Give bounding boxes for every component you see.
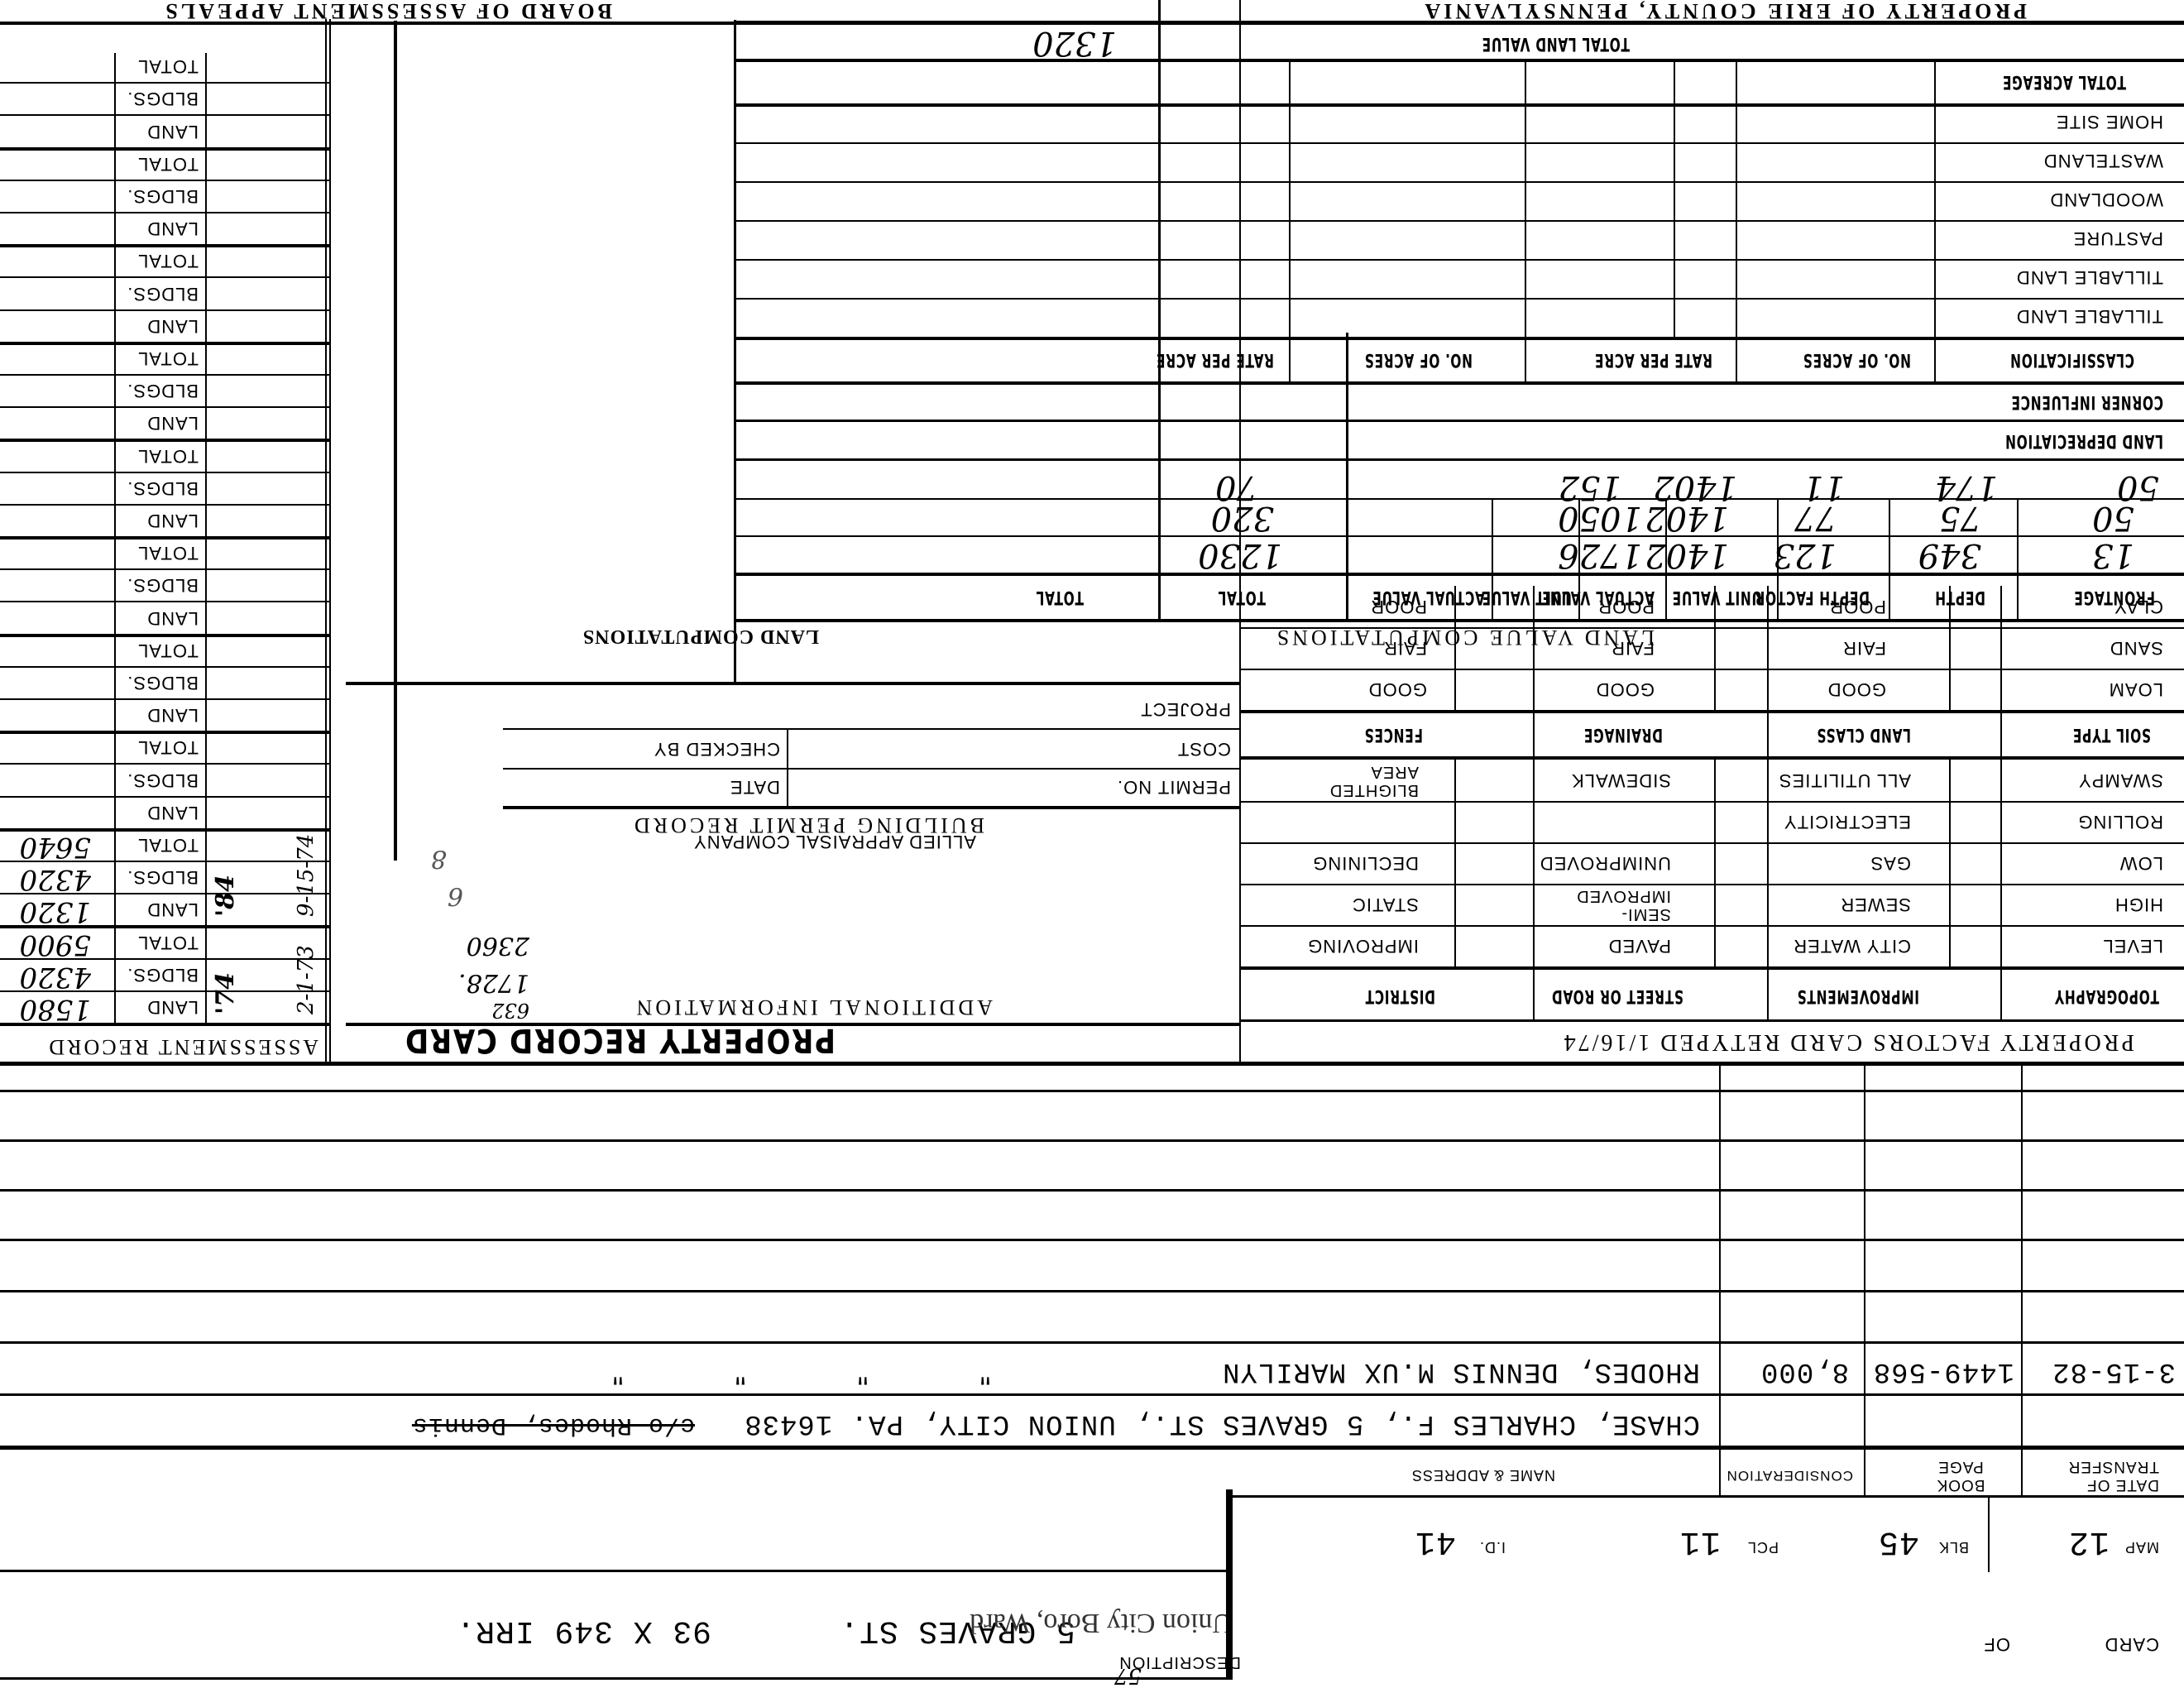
cost-label: COST — [1177, 738, 1231, 760]
acreage-row: TILLABLE LAND — [736, 259, 2184, 298]
divider — [1492, 498, 1493, 619]
header-no-of-acres: NO. OF ACRES — [1803, 349, 1911, 370]
checked-by-label: CHECKED BY — [654, 738, 780, 760]
assessment-label: BLDGS. — [127, 770, 199, 791]
soil-option[interactable]: SAND — [2110, 637, 2163, 659]
soil-option[interactable]: GOOD — [1596, 679, 1655, 700]
assessment-label: BLDGS. — [127, 380, 199, 401]
header-land-class: LAND CLASS — [1817, 724, 1911, 745]
factors-header: TOPOGRAPHY IMPROVEMENTS STREET OR ROAD D… — [1241, 970, 2184, 1019]
divider — [0, 1341, 2184, 1344]
assessment-label: TOTAL — [137, 250, 199, 271]
assessment-block: LAND1320BLDGS.4320TOTAL5640'849-15-74 — [0, 832, 331, 929]
assessment-block: LANDBLDGS.TOTAL — [0, 637, 331, 735]
header-consideration: CONSIDERATION — [1727, 1467, 1853, 1484]
assessment-value: 5640 — [19, 831, 91, 864]
divider — [346, 1023, 1239, 1026]
assessment-row: LAND1580 — [0, 990, 331, 1023]
assessment-row: BLDGS. — [0, 374, 331, 406]
divider — [734, 20, 736, 682]
header-district: DISTRICT — [1365, 985, 1435, 1006]
divider — [205, 345, 207, 439]
id-row: MAP 12 BLK 45 PCL 11 I.D. 41 — [1233, 1498, 2184, 1572]
assessment-row: TOTAL — [0, 439, 331, 471]
divider — [1578, 498, 1580, 619]
factor-option[interactable]: LEVEL — [2103, 935, 2164, 957]
divider — [1226, 1489, 1233, 1680]
factor-option[interactable]: ELECTRICITY — [1784, 811, 1911, 832]
pcl-label: PCL — [1747, 1538, 1779, 1556]
factor-row: HIGH SEWER SEMI-IMPROVED STATIC — [1241, 884, 2184, 925]
assessment-block: LANDBLDGS.TOTAL — [0, 734, 331, 832]
assessment-row: BLDGS. — [0, 472, 331, 504]
assessment-row: BLDGS. — [0, 276, 331, 309]
divider — [205, 832, 207, 926]
divider — [1736, 340, 1737, 381]
soil-option[interactable]: LOAM — [2109, 679, 2163, 700]
divider — [114, 734, 116, 828]
divider — [1525, 340, 1526, 381]
divider — [1949, 760, 1951, 966]
factor-option[interactable]: ROLLING — [2077, 811, 2163, 832]
divider — [736, 420, 2184, 422]
description-dimensions: 93 X 349 IRR. — [456, 1613, 711, 1648]
factor-option[interactable]: LOW — [2119, 852, 2163, 874]
soil-option[interactable]: GOOD — [1368, 679, 1427, 700]
header-depth: DEPTH — [1935, 587, 1985, 607]
divider — [205, 151, 207, 245]
acreage-class: WOODLAND — [2049, 189, 2163, 210]
divider — [0, 1393, 2184, 1396]
assessment-label: TOTAL — [137, 348, 199, 369]
depth-factor-value: 123 — [1774, 536, 1837, 574]
assessment-row: LAND — [0, 406, 331, 439]
header-depth-factor: DEPTH FACTOR — [1755, 587, 1870, 607]
factor-option[interactable]: SEWER — [1840, 894, 1911, 915]
factor-option[interactable]: ALL UTILITIES — [1779, 770, 1911, 791]
note-value: 6 — [448, 881, 463, 910]
divider — [205, 637, 207, 731]
factor-row: ROLLING ELECTRICITY — [1241, 801, 2184, 842]
acreage-class: PASTURE — [2073, 228, 2163, 249]
divider — [787, 728, 788, 809]
assessment-label: TOTAL — [137, 932, 199, 953]
divider — [0, 1446, 2184, 1450]
assessment-row: TOTAL — [0, 50, 331, 82]
blk-label: BLK — [1938, 1538, 1969, 1556]
assessment-date: 2-1-73 — [294, 945, 318, 1014]
factor-option[interactable]: SWAMPY — [2078, 770, 2163, 791]
assessment-label: TOTAL — [137, 153, 199, 175]
note-value: 8 — [431, 844, 447, 873]
transfer-header: DATE OF TRANSFER BOOK PAGE CONSIDERATION… — [1233, 1450, 2184, 1495]
divider — [1864, 1062, 1865, 1450]
divider — [1777, 498, 1779, 619]
frontage-value: 50 — [2117, 468, 2159, 506]
assessment-value: 4320 — [19, 863, 91, 896]
acreage-class: WASTELAND — [2043, 150, 2163, 171]
factor-row: LOW GAS UNIMPROVED DECLINING — [1241, 842, 2184, 884]
divider — [2017, 498, 2019, 619]
soil-option[interactable]: FAIR — [1842, 637, 1886, 659]
divider — [1988, 1498, 1990, 1572]
property-record-card: CARD OF DESCRIPTION 5 GRAVES ST. 93 X 34… — [0, 0, 2184, 1688]
divider — [2021, 1450, 2023, 1495]
assessment-label: LAND — [146, 704, 199, 726]
assessment-value: 4320 — [19, 961, 91, 994]
assessment-row: BLDGS.4320 — [0, 861, 331, 893]
assessment-label: LAND — [146, 802, 199, 823]
assessment-row: TOTAL — [0, 244, 331, 276]
assessment-row: LAND — [0, 114, 331, 146]
appraiser-name: ALLIED APPRAISAL COMPANY — [693, 831, 976, 852]
transfer-consideration: 8,000 — [1760, 1355, 1849, 1387]
actual-value: 152 — [1559, 468, 1621, 506]
header-book-page: BOOK PAGE — [1928, 1457, 1994, 1494]
header-unit-value-2: UNIT VALUE — [1482, 587, 1572, 607]
assessment-value: 5900 — [19, 928, 91, 961]
divider — [1533, 713, 1535, 756]
divider — [114, 345, 116, 439]
acreage-class: TILLABLE LAND — [2016, 305, 2163, 327]
land-value-header: FRONTAGE DEPTH DEPTH FACTOR UNIT VALUE A… — [736, 576, 2184, 619]
assessment-row: LAND — [0, 796, 331, 828]
assessment-block: LANDBLDGS.TOTAL — [0, 53, 331, 151]
divider — [1719, 1450, 1721, 1495]
divider — [1719, 1062, 1721, 1450]
divider — [0, 1570, 1233, 1572]
header-total: TOTAL — [1218, 587, 1266, 607]
divider — [114, 832, 116, 926]
header-topography: TOPOGRAPHY — [2054, 985, 2159, 1006]
header-improvements: IMPROVEMENTS — [1797, 985, 1919, 1006]
assessment-label: LAND — [146, 218, 199, 239]
assessment-row: LAND1320 — [0, 893, 331, 925]
assessment-value: 1320 — [19, 895, 91, 928]
assessment-label: LAND — [146, 121, 199, 142]
factor-option[interactable]: SEMI-IMPROVED — [1580, 887, 1671, 923]
factors-header-2: SOIL TYPE LAND CLASS DRAINAGE FENCES — [1241, 713, 2184, 756]
factor-option[interactable]: BLIGHTED AREA — [1328, 763, 1419, 799]
land-depreciation-label: LAND DEPRECIATION — [2004, 430, 2163, 451]
divider — [1289, 62, 1291, 337]
assessment-label: TOTAL — [137, 542, 199, 563]
header-rate-per-acre-2: RATE PER ACRE — [1156, 349, 1274, 370]
assessment-row: LAND — [0, 212, 331, 244]
divider — [503, 728, 1239, 730]
assessment-label: LAND — [146, 510, 199, 531]
divider — [0, 1189, 2184, 1192]
transfer-row: CHASE, CHARLES F., 5 GRAVES ST., UNION C… — [0, 1396, 2184, 1446]
divider — [0, 1090, 2184, 1092]
total-acreage-label: TOTAL ACREAGE — [2002, 71, 2126, 92]
divider — [1934, 62, 1936, 337]
divider — [0, 1239, 2184, 1241]
divider — [205, 734, 207, 828]
assessment-label: TOTAL — [137, 55, 199, 77]
divider — [114, 151, 116, 245]
depth-value: 174 — [1935, 468, 1998, 506]
divider — [114, 928, 116, 1023]
assessment-grid: LAND1580BLDGS.4320TOTAL5900'742-1-73LAND… — [0, 53, 331, 1026]
divider — [1674, 62, 1675, 337]
assessment-label: TOTAL — [137, 445, 199, 467]
divider — [2021, 1062, 2023, 1450]
soil-row: LOAM GOOD GOOD GOOD — [1241, 669, 2184, 710]
header-total-2: TOTAL — [1036, 587, 1084, 607]
divider — [114, 247, 116, 342]
assessment-label: TOTAL — [137, 736, 199, 758]
divider — [1767, 713, 1769, 756]
factors-grid: LEVEL CITY WATER PAVED IMPROVING HIGH SE… — [1241, 760, 2184, 966]
factor-option[interactable]: UNIMPROVED — [1540, 852, 1671, 874]
assessment-block: LANDBLDGS.TOTAL — [0, 539, 331, 637]
transfer-book-page: 1449-568 — [1873, 1355, 2014, 1387]
header-name-address: NAME & ADDRESS — [1411, 1466, 1555, 1484]
depth-factor-value: 11 — [1803, 468, 1845, 506]
divider — [1454, 760, 1456, 966]
map-value: 12 — [2068, 1523, 2110, 1560]
acreage-class: HOME SITE — [2056, 111, 2163, 132]
acreage-header: CLASSIFICATION NO. OF ACRES RATE PER ACR… — [736, 340, 2184, 381]
total-value: 70 — [1215, 468, 1257, 506]
permit-date-label: DATE — [730, 776, 780, 798]
divider — [0, 1290, 2184, 1292]
factor-option[interactable]: STATIC — [1352, 894, 1419, 915]
total-value: 1230 — [1198, 536, 1282, 574]
header-drainage: DRAINAGE — [1583, 724, 1663, 745]
assessment-row: BLDGS. — [0, 568, 331, 601]
permit-no-label: PERMIT NO. — [1117, 776, 1231, 798]
acreage-row: HOME SITE — [736, 103, 2184, 142]
assessment-row: TOTAL — [0, 536, 331, 568]
assessment-label: LAND — [146, 315, 199, 337]
header-no-of-acres-2: NO. OF ACRES — [1364, 349, 1473, 370]
divider — [1533, 760, 1535, 1019]
assessment-block: LANDBLDGS.TOTAL — [0, 442, 331, 539]
assessment-label: LAND — [146, 996, 199, 1018]
assessment-block: LANDBLDGS.TOTAL — [0, 247, 331, 345]
land-value-row: 13 349 123 1402 1726 1230 — [736, 535, 2184, 573]
header-date-of-transfer: DATE OF TRANSFER — [2035, 1457, 2159, 1494]
header-actual-value-2: ACTUAL VALUE — [1372, 587, 1485, 607]
assessment-label: BLDGS. — [127, 283, 199, 305]
assessment-row: BLDGS.4320 — [0, 958, 331, 990]
assessment-label: LAND — [146, 412, 199, 434]
assessment-block: LAND1580BLDGS.4320TOTAL5900'742-1-73 — [0, 928, 331, 1026]
assessment-block: LANDBLDGS.TOTAL — [0, 151, 331, 248]
divider — [1767, 760, 1769, 1019]
assessment-row: TOTAL5900 — [0, 925, 331, 957]
assessment-row: BLDGS. — [0, 763, 331, 795]
soil-option[interactable]: GOOD — [1827, 679, 1886, 700]
additional-info-title: ADDITIONAL INFORMATION — [634, 995, 993, 1019]
board-title: BOARD OF ASSESSMENT APPEALS — [162, 0, 612, 23]
assessment-value: 1580 — [19, 993, 91, 1026]
assessment-year: '84 — [211, 875, 240, 917]
divider — [1241, 1019, 2184, 1022]
divider — [346, 682, 1239, 685]
land-value-row: 50 174 11 1402 152 70 — [736, 461, 2184, 498]
assessment-label: LAND — [146, 899, 199, 920]
header-classification: CLASSIFICATION — [2009, 349, 2134, 370]
assessment-date: 9-15-74 — [294, 834, 318, 917]
acreage-row: WOODLAND — [736, 181, 2184, 220]
assessment-label: LAND — [146, 607, 199, 629]
divider — [2000, 760, 2002, 1019]
assessment-row: BLDGS. — [0, 82, 331, 114]
assessment-row: LAND — [0, 504, 331, 536]
header-street-road: STREET OR ROAD — [1551, 985, 1683, 1006]
total-land-value-label: TOTAL LAND VALUE — [1482, 33, 1630, 54]
project-label: PROJECT — [1140, 698, 1231, 720]
divider — [1289, 340, 1291, 381]
land-computations-title: LAND COMPUTATIONS — [582, 625, 819, 647]
header-soil-type: SOIL TYPE — [2072, 724, 2151, 745]
divider — [205, 247, 207, 342]
land-value-title: LAND VALUE COMPUTATIONS — [1274, 625, 1655, 650]
divider — [1714, 760, 1716, 966]
assessment-label: TOTAL — [137, 640, 199, 661]
header-rate-per-acre: RATE PER ACRE — [1594, 349, 1712, 370]
assessment-label: BLDGS. — [127, 88, 199, 109]
card-label: CARD — [2105, 1633, 2159, 1655]
transfer-date: 3-15-82 — [2052, 1355, 2176, 1387]
divider — [503, 806, 1239, 809]
assessment-block: LANDBLDGS.TOTAL — [0, 345, 331, 443]
municipality-stamp: Union City Boro, Ward — [970, 1607, 1233, 1638]
divider — [1934, 340, 1936, 381]
divider — [2000, 713, 2002, 756]
divider — [114, 53, 116, 147]
divider — [736, 619, 2184, 622]
transfer-note: c/o Rhodes, Dennis — [412, 1411, 695, 1439]
assessment-year: '74 — [211, 972, 240, 1014]
header-frontage: FRONTAGE — [2074, 587, 2155, 607]
divider — [394, 21, 397, 861]
assessment-row: LAND — [0, 309, 331, 342]
acreage-row: WASTELAND — [736, 142, 2184, 181]
divider — [1736, 62, 1737, 337]
divider — [114, 442, 116, 536]
divider — [1864, 1450, 1865, 1495]
map-label: MAP — [2124, 1538, 2159, 1556]
divider — [0, 1677, 1233, 1680]
divider — [1889, 498, 1890, 619]
assessment-row: TOTAL — [0, 147, 331, 180]
factor-option[interactable]: SIDEWALK — [1571, 770, 1671, 791]
unit-value: 1402 — [1645, 536, 1729, 574]
assessment-row: TOTAL — [0, 731, 331, 763]
divider — [1665, 498, 1667, 619]
actual-value: 1726 — [1558, 536, 1642, 574]
divider — [205, 539, 207, 634]
divider — [114, 637, 116, 731]
divider — [1233, 1495, 2184, 1498]
acreage-grid: TILLABLE LAND TILLABLE LAND PASTURE WOOD… — [736, 64, 2184, 337]
divider — [736, 458, 2184, 461]
id-label: I.D. — [1479, 1538, 1506, 1556]
header-unit-value: UNIT VALUE — [1672, 587, 1762, 607]
divider — [1525, 62, 1526, 337]
divider — [0, 1062, 2184, 1066]
assessment-row: TOTAL5640 — [0, 828, 331, 861]
factor-option[interactable]: IMPROVING — [1307, 935, 1419, 957]
note-value: 632 — [491, 999, 529, 1022]
divider — [1241, 710, 2184, 713]
county-title: PROPERTY OF ERIE COUNTY, PENNSYLVANIA — [1422, 0, 2027, 23]
note-value: 2360 — [467, 931, 529, 960]
assessment-label: BLDGS. — [127, 866, 199, 888]
assessment-label: BLDGS. — [127, 477, 199, 499]
building-permit-table: PERMIT NO. DATE COST CHECKED BY PROJECT — [503, 685, 1239, 809]
factor-option[interactable]: GAS — [1870, 852, 1911, 874]
of-label: OF — [1983, 1633, 2010, 1655]
factor-option[interactable]: PAVED — [1608, 935, 1671, 957]
transfer-name: CHASE, CHARLES F., 5 GRAVES ST., UNION C… — [744, 1407, 1700, 1439]
acreage-row: TILLABLE LAND — [736, 298, 2184, 337]
acreage-row: TOTAL ACREAGE — [736, 62, 2184, 103]
divider — [205, 442, 207, 536]
card-title: PROPERTY RECORD CARD — [404, 1021, 836, 1059]
divider — [205, 928, 207, 1023]
divider — [114, 539, 116, 634]
id-value: 41 — [1415, 1523, 1456, 1560]
divider — [205, 53, 207, 147]
land-value-grid: 13 349 123 1402 1726 1230 50 75 77 1402 … — [736, 461, 2184, 573]
assessment-label: BLDGS. — [127, 185, 199, 207]
assessment-row: LAND — [0, 601, 331, 633]
assessment-label: BLDGS. — [127, 574, 199, 596]
divider — [1241, 966, 2184, 970]
divider — [736, 381, 2184, 385]
header-fences: FENCES — [1364, 724, 1423, 745]
stamp-note: 57 — [1114, 1663, 1142, 1688]
divider — [503, 768, 1239, 770]
acreage-row: PASTURE — [736, 220, 2184, 259]
total-land-value: 1320 — [1032, 24, 1117, 62]
factor-option[interactable]: HIGH — [2115, 894, 2163, 915]
factor-option[interactable]: CITY WATER — [1793, 935, 1911, 957]
factor-row: LEVEL CITY WATER PAVED IMPROVING — [1241, 925, 2184, 966]
blk-value: 45 — [1878, 1523, 1919, 1560]
note-value: 1728. — [458, 968, 529, 997]
factor-option[interactable]: DECLINING — [1312, 852, 1419, 874]
acreage-class: TILLABLE LAND — [2016, 266, 2163, 288]
divider — [1241, 756, 2184, 760]
assessment-title: ASSESSMENT RECORD — [46, 1034, 318, 1059]
divider — [0, 1139, 2184, 1142]
transfer-name: RHODES, DENNIS M.UX MARILYN — [1222, 1355, 1700, 1387]
assessment-row: TOTAL — [0, 634, 331, 666]
ditto-marks: " " " " — [610, 1359, 993, 1387]
divider — [0, 22, 736, 25]
assessment-row: BLDGS. — [0, 180, 331, 212]
assessment-row: LAND — [0, 698, 331, 731]
assessment-row: TOTAL — [0, 342, 331, 374]
assessment-label: BLDGS. — [127, 672, 199, 693]
depth-value: 349 — [1918, 536, 1981, 574]
assessment-row: BLDGS. — [0, 666, 331, 698]
transfer-row: 3-15-82 1449-568 8,000 RHODES, DENNIS M.… — [0, 1344, 2184, 1393]
retyped-note: PROPERTY FACTORS CARD RETYPED 1/16/74 — [1562, 1029, 2134, 1055]
frontage-value: 13 — [2092, 536, 2134, 574]
pcl-value: 11 — [1679, 1523, 1721, 1560]
corner-influence-label: CORNER INFLUENCE — [2011, 391, 2163, 412]
divider — [736, 59, 2184, 62]
factor-row: SWAMPY ALL UTILITIES SIDEWALK BLIGHTED A… — [1241, 760, 2184, 801]
divider — [736, 337, 2184, 340]
